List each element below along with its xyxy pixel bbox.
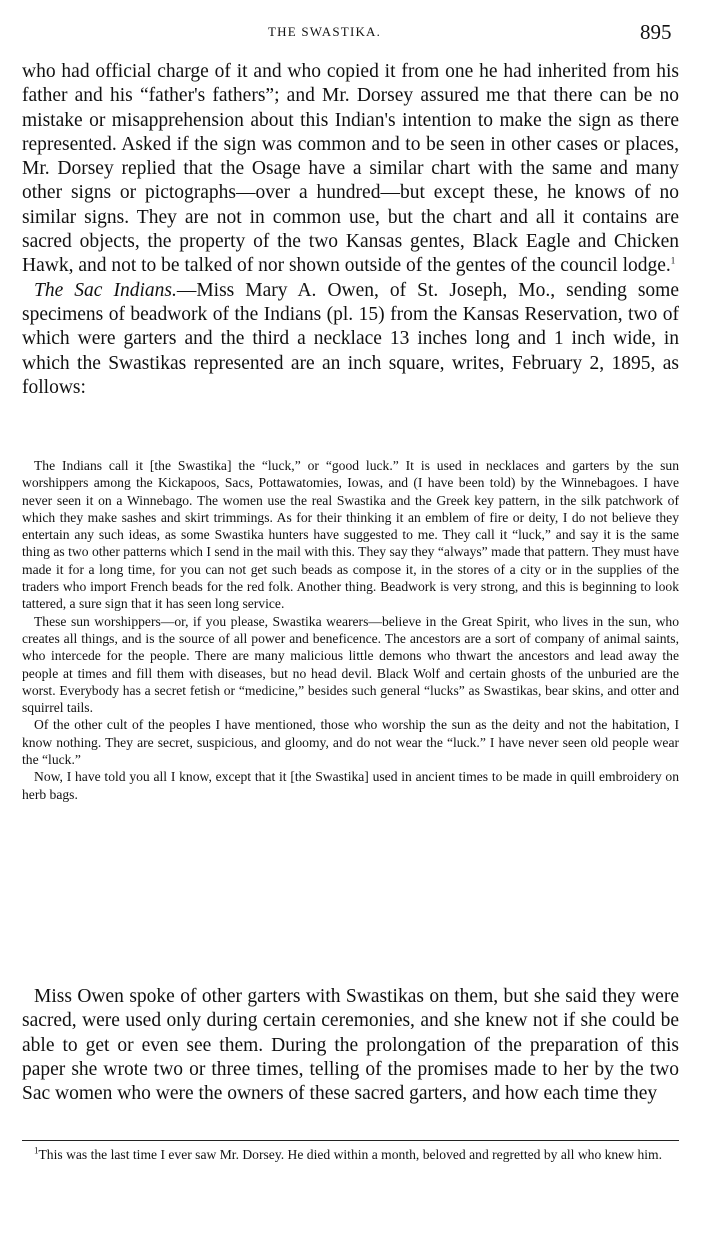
- footnote-divider: [22, 1140, 679, 1141]
- main-text-block: who had official charge of it and who co…: [22, 60, 679, 400]
- footnote-1: 1This was the last time I ever saw Mr. D…: [22, 1146, 679, 1164]
- paragraph-owen-garters: Miss Owen spoke of other garters with Sw…: [22, 985, 679, 1106]
- quote-paragraph-4: Now, I have told you all I know, except …: [22, 768, 679, 803]
- running-title: THE SWASTIKA.: [268, 24, 381, 40]
- footnote-text: This was the last time I ever saw Mr. Do…: [39, 1147, 663, 1162]
- block-quote-owen-letter: The Indians call it [the Swastika] the “…: [22, 457, 679, 803]
- paragraph-text: who had official charge of it and who co…: [22, 61, 679, 276]
- section-heading-sac-indians: The Sac Indians.: [34, 280, 177, 301]
- footnote-ref: 1: [671, 256, 676, 266]
- main-text-continuation: Miss Owen spoke of other garters with Sw…: [22, 985, 679, 1106]
- page-number: 895: [640, 20, 672, 45]
- running-head: THE SWASTIKA. 895: [0, 20, 724, 44]
- paragraph-dorsey-continued: who had official charge of it and who co…: [22, 60, 679, 279]
- footnote-section: 1This was the last time I ever saw Mr. D…: [22, 1146, 679, 1164]
- document-page: THE SWASTIKA. 895 who had official charg…: [0, 0, 724, 1249]
- quote-paragraph-1: The Indians call it [the Swastika] the “…: [22, 457, 679, 613]
- quote-paragraph-3: Of the other cult of the peoples I have …: [22, 716, 679, 768]
- paragraph-sac-indians: The Sac Indians.—Miss Mary A. Owen, of S…: [22, 279, 679, 400]
- quote-paragraph-2: These sun worshippers—or, if you please,…: [22, 613, 679, 717]
